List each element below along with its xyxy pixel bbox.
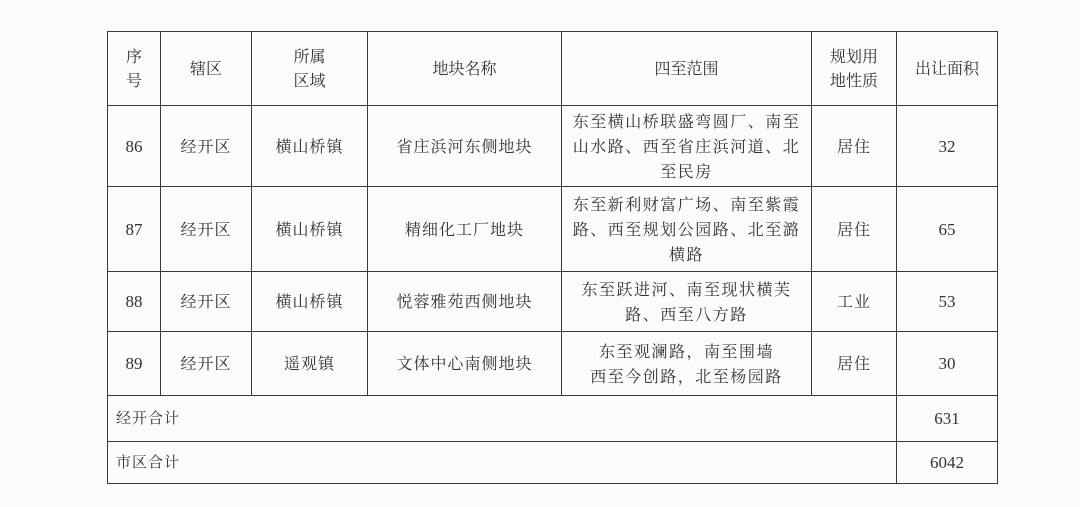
cell-land-use: 居住 — [812, 187, 897, 272]
table-row: 86 经开区 横山桥镇 省庄浜河东侧地块 东至横山桥联盛弯圆厂、南至山水路、西至… — [108, 106, 998, 187]
table-row: 89 经开区 遥观镇 文体中心南侧地块 东至观澜路，南至围墙西至今创路，北至杨园… — [108, 332, 998, 396]
header-parcel-name: 地块名称 — [368, 32, 562, 106]
boundaries-line: 路、西至规划公园路、北至潞 — [573, 220, 801, 239]
header-seq-line2: 号 — [126, 71, 142, 90]
cell-parcel-name: 省庄浜河东侧地块 — [368, 106, 562, 187]
cell-seq: 89 — [108, 332, 161, 396]
header-district: 辖区 — [161, 32, 252, 106]
cell-district: 经开区 — [161, 187, 252, 272]
cell-boundaries: 东至横山桥联盛弯圆厂、南至山水路、西至省庄浜河道、北至民房 — [562, 106, 812, 187]
subtotal-label: 经开合计 — [108, 396, 897, 442]
boundaries-line: 东至新利财富广场、南至紫霞 — [573, 195, 801, 214]
cell-area: 遥观镇 — [252, 332, 368, 396]
boundaries-line: 东至横山桥联盛弯圆厂、南至 — [573, 112, 801, 131]
cell-land-use: 居住 — [812, 332, 897, 396]
cell-boundaries: 东至新利财富广场、南至紫霞路、西至规划公园路、北至潞横路 — [562, 187, 812, 272]
cell-seq: 87 — [108, 187, 161, 272]
cell-parcel-name: 悦蓉雅苑西侧地块 — [368, 272, 562, 332]
cell-transfer-area: 65 — [897, 187, 998, 272]
cell-transfer-area: 32 — [897, 106, 998, 187]
header-area: 所属区域 — [252, 32, 368, 106]
cell-district: 经开区 — [161, 106, 252, 187]
subtotal-row-jingkai: 经开合计 631 — [108, 396, 998, 442]
header-transfer-area: 出让面积 — [897, 32, 998, 106]
boundaries-line: 东至跃进河、南至现状横芙 — [581, 280, 791, 299]
header-area-line2: 区域 — [293, 71, 325, 90]
cell-boundaries: 东至跃进河、南至现状横芙路、西至八方路 — [562, 272, 812, 332]
header-seq: 序号 — [108, 32, 161, 106]
cell-area: 横山桥镇 — [252, 272, 368, 332]
cell-parcel-name: 精细化工厂地块 — [368, 187, 562, 272]
header-boundaries: 四至范围 — [562, 32, 812, 106]
boundaries-line: 至民房 — [660, 162, 713, 181]
cell-area: 横山桥镇 — [252, 106, 368, 187]
cell-parcel-name: 文体中心南侧地块 — [368, 332, 562, 396]
boundaries-line: 横路 — [669, 245, 704, 264]
header-land-use-line2: 地性质 — [830, 71, 878, 90]
cell-land-use: 居住 — [812, 106, 897, 187]
table-row: 88 经开区 横山桥镇 悦蓉雅苑西侧地块 东至跃进河、南至现状横芙路、西至八方路… — [108, 272, 998, 332]
total-value: 6042 — [897, 442, 998, 484]
boundaries-line: 路、西至八方路 — [625, 305, 748, 324]
cell-transfer-area: 30 — [897, 332, 998, 396]
cell-boundaries: 东至观澜路，南至围墙西至今创路，北至杨园路 — [562, 332, 812, 396]
table-header-row: 序号 辖区 所属区域 地块名称 四至范围 规划用地性质 出让面积 — [108, 32, 998, 106]
boundaries-line: 山水路、西至省庄浜河道、北 — [573, 137, 801, 156]
cell-district: 经开区 — [161, 272, 252, 332]
cell-area: 横山桥镇 — [252, 187, 368, 272]
header-land-use-line1: 规划用 — [830, 47, 878, 66]
cell-transfer-area: 53 — [897, 272, 998, 332]
cell-seq: 88 — [108, 272, 161, 332]
header-area-line1: 所属 — [293, 47, 325, 66]
cell-land-use: 工业 — [812, 272, 897, 332]
cell-district: 经开区 — [161, 332, 252, 396]
boundaries-line: 东至观澜路，南至围墙 — [599, 342, 774, 361]
subtotal-value: 631 — [897, 396, 998, 442]
land-transfer-table: 序号 辖区 所属区域 地块名称 四至范围 规划用地性质 出让面积 86 经开区 … — [107, 31, 998, 484]
header-land-use: 规划用地性质 — [812, 32, 897, 106]
table-row: 87 经开区 横山桥镇 精细化工厂地块 东至新利财富广场、南至紫霞路、西至规划公… — [108, 187, 998, 272]
cell-seq: 86 — [108, 106, 161, 187]
total-label: 市区合计 — [108, 442, 897, 484]
boundaries-line: 西至今创路，北至杨园路 — [590, 367, 783, 386]
subtotal-row-city: 市区合计 6042 — [108, 442, 998, 484]
header-seq-line1: 序 — [126, 47, 142, 66]
